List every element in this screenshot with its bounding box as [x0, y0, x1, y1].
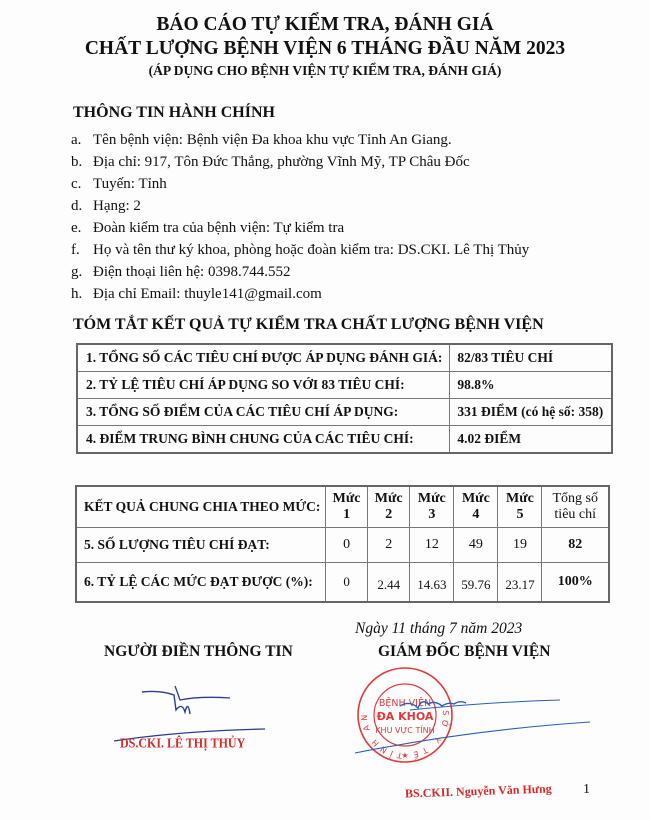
- info-label: g.: [71, 264, 93, 281]
- info-text: Tên bệnh viện: Bệnh viện Đa khoa khu vực…: [93, 132, 452, 148]
- info-item: a.Tên bệnh viện: Bệnh viện Đa khoa khu v…: [71, 132, 452, 149]
- cell: 49: [454, 528, 498, 563]
- right-signer-name: BS.CKII. Nguyễn Văn Hưng: [405, 781, 552, 801]
- signature-left-icon: [130, 680, 260, 730]
- info-item: b.Địa chỉ: 917, Tôn Đức Thắng, phường Vĩ…: [71, 154, 470, 171]
- cell: 2: [368, 528, 410, 563]
- cell: 19: [498, 528, 542, 563]
- row-label: 6. TỶ LỆ CÁC MỨC ĐẠT ĐƯỢC (%):: [76, 563, 326, 603]
- total-cell: 100%: [542, 563, 609, 603]
- level-column-header: Mức1: [326, 486, 368, 528]
- cell: 0: [326, 563, 368, 603]
- signature-right-icon: [350, 690, 600, 760]
- level-column-header: Mức3: [410, 486, 454, 528]
- levels-header-label: KẾT QUẢ CHUNG CHIA THEO MỨC:: [76, 486, 326, 528]
- info-label: e.: [71, 220, 93, 237]
- levels-table: KẾT QUẢ CHUNG CHIA THEO MỨC: Mức1 Mức2 M…: [75, 485, 610, 603]
- info-item: d.Hạng: 2: [71, 198, 141, 215]
- info-label: a.: [71, 132, 93, 149]
- summary-label: 2. TỶ LỆ TIÊU CHÍ ÁP DỤNG SO VỚI 83 TIÊU…: [77, 372, 450, 399]
- cell: 12: [410, 528, 454, 563]
- info-text: Địa chỉ: 917, Tôn Đức Thắng, phường Vĩnh…: [93, 154, 470, 170]
- summary-label: 1. TỔNG SỐ CÁC TIÊU CHÍ ĐƯỢC ÁP DỤNG ĐÁN…: [77, 344, 450, 372]
- left-signer-title: NGƯỜI ĐIỀN THÔNG TIN: [104, 643, 293, 661]
- table-row: 2. TỶ LỆ TIÊU CHÍ ÁP DỤNG SO VỚI 83 TIÊU…: [77, 372, 612, 399]
- info-label: d.: [71, 198, 93, 215]
- table-row: 1. TỔNG SỐ CÁC TIÊU CHÍ ĐƯỢC ÁP DỤNG ĐÁN…: [77, 344, 612, 372]
- row-label: 5. SỐ LƯỢNG TIÊU CHÍ ĐẠT:: [76, 528, 326, 563]
- report-subtitle: (ÁP DỤNG CHO BỆNH VIỆN TỰ KIỂM TRA, ĐÁNH…: [0, 63, 650, 79]
- report-title-line2: CHẤT LƯỢNG BỆNH VIỆN 6 THÁNG ĐẦU NĂM 202…: [0, 38, 650, 60]
- summary-value: 331 ĐIỂM (có hệ số: 358): [450, 399, 612, 426]
- summary-label: 3. TỔNG SỐ ĐIỂM CỦA CÁC TIÊU CHÍ ÁP DỤNG…: [77, 399, 450, 426]
- info-label: c.: [71, 176, 93, 193]
- total-column-header: Tổng sốtiêu chí: [542, 486, 609, 528]
- cell: 14.63: [410, 563, 454, 603]
- left-signer-name: DS.CKI. LÊ THỊ THỦY: [120, 735, 245, 752]
- report-title-line1: BÁO CÁO TỰ KIỂM TRA, ĐÁNH GIÁ: [0, 14, 650, 36]
- table-row: 4. ĐIỂM TRUNG BÌNH CHUNG CỦA CÁC TIÊU CH…: [77, 426, 612, 454]
- cell: 23.17: [498, 563, 542, 603]
- info-text: Hạng: 2: [93, 198, 141, 214]
- info-item: c.Tuyến: Tỉnh: [71, 176, 167, 193]
- info-label: f.: [71, 242, 93, 259]
- info-item: g.Điện thoại liên hệ: 0398.744.552: [71, 264, 290, 281]
- page-number: 1: [583, 782, 590, 798]
- summary-table: 1. TỔNG SỐ CÁC TIÊU CHÍ ĐƯỢC ÁP DỤNG ĐÁN…: [76, 343, 613, 454]
- cell: 2.44: [368, 563, 410, 603]
- level-column-header: Mức5: [498, 486, 542, 528]
- info-label: h.: [71, 286, 93, 303]
- info-item: e.Đoàn kiểm tra của bệnh viện: Tự kiểm t…: [71, 220, 344, 237]
- level-column-header: Mức4: [454, 486, 498, 528]
- table-row: 6. TỶ LỆ CÁC MỨC ĐẠT ĐƯỢC (%): 0 2.44 14…: [76, 563, 609, 603]
- info-item: f.Họ và tên thư ký khoa, phòng hoặc đoàn…: [71, 242, 529, 259]
- cell: 59.76: [454, 563, 498, 603]
- info-text: Điện thoại liên hệ: 0398.744.552: [93, 264, 290, 280]
- total-cell: 82: [542, 528, 609, 563]
- info-label: b.: [71, 154, 93, 171]
- right-signer-title: GIÁM ĐỐC BỆNH VIỆN: [378, 643, 550, 661]
- info-item: h.Địa chỉ Email: thuyle141@gmail.com: [71, 286, 322, 303]
- summary-label: 4. ĐIỂM TRUNG BÌNH CHUNG CỦA CÁC TIÊU CH…: [77, 426, 450, 454]
- table-header-row: KẾT QUẢ CHUNG CHIA THEO MỨC: Mức1 Mức2 M…: [76, 486, 609, 528]
- table-row: 5. SỐ LƯỢNG TIÊU CHÍ ĐẠT: 0 2 12 49 19 8…: [76, 528, 609, 563]
- summary-heading: TÓM TẮT KẾT QUẢ TỰ KIỂM TRA CHẤT LƯỢNG B…: [73, 316, 544, 334]
- cell: 0: [326, 528, 368, 563]
- info-text: Tuyến: Tỉnh: [93, 176, 167, 192]
- signing-date: Ngày 11 tháng 7 năm 2023: [355, 620, 522, 638]
- info-text: Đoàn kiểm tra của bệnh viện: Tự kiểm tra: [93, 220, 344, 236]
- table-row: 3. TỔNG SỐ ĐIỂM CỦA CÁC TIÊU CHÍ ÁP DỤNG…: [77, 399, 612, 426]
- summary-value: 98.8%: [450, 372, 612, 399]
- info-text: Địa chỉ Email: thuyle141@gmail.com: [93, 286, 322, 302]
- summary-value: 82/83 TIÊU CHÍ: [450, 344, 612, 372]
- level-column-header: Mức2: [368, 486, 410, 528]
- summary-value: 4.02 ĐIỂM: [450, 426, 612, 454]
- admin-info-heading: THÔNG TIN HÀNH CHÍNH: [73, 104, 275, 122]
- info-text: Họ và tên thư ký khoa, phòng hoặc đoàn k…: [93, 242, 529, 258]
